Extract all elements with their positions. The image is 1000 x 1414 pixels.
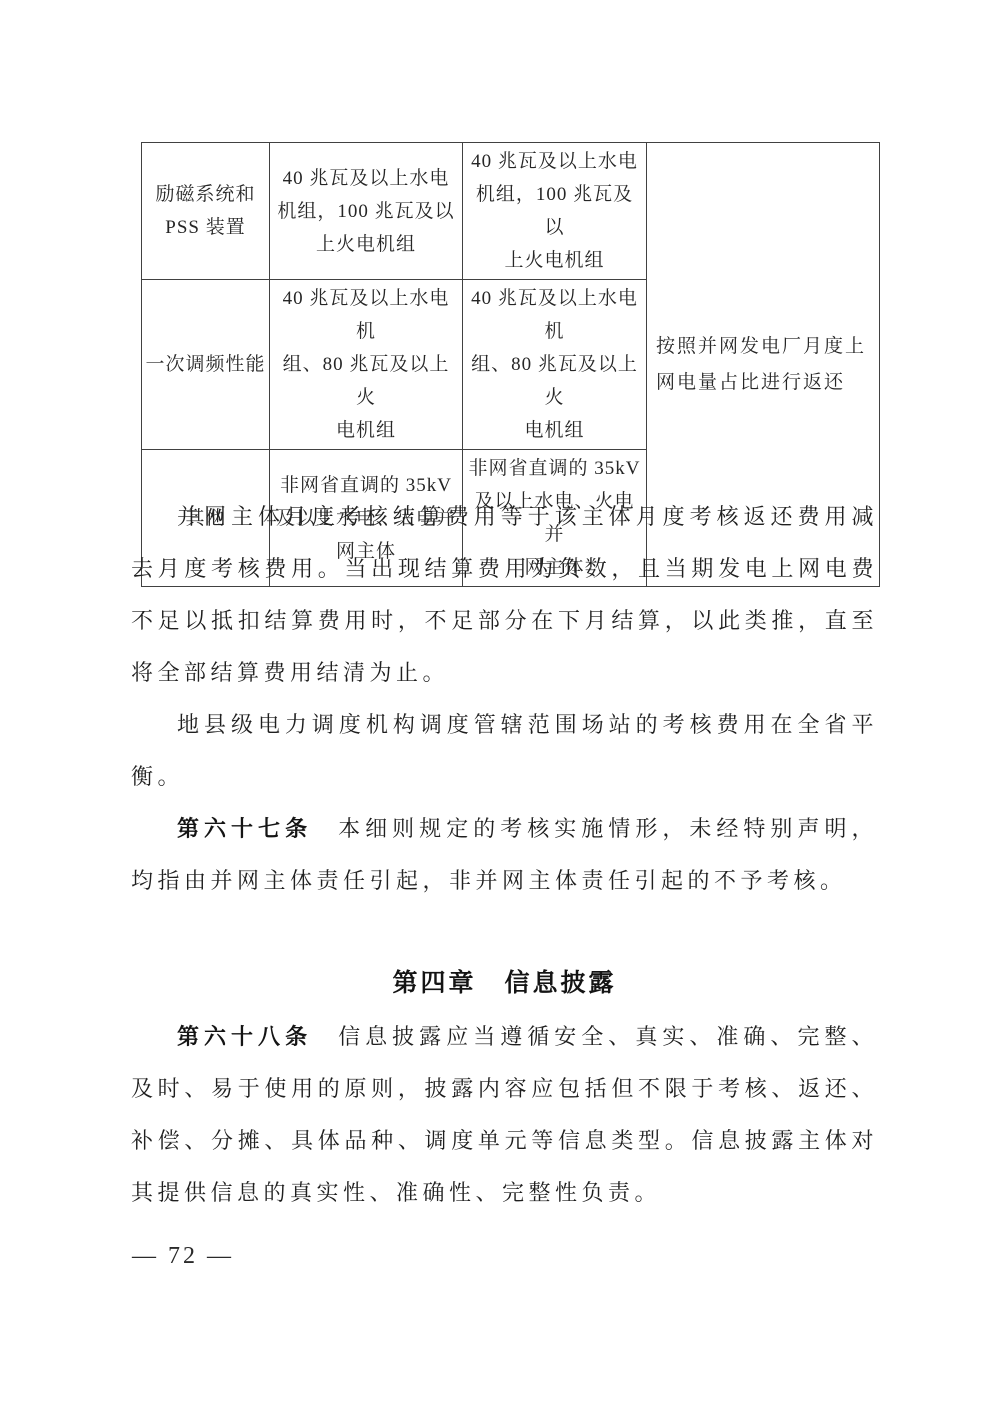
row-label-cell: 一次调频性能 <box>142 280 270 450</box>
article-68-text: 信息披露应当遵循安全、真实、准确、完整、及时、易于使用的原则，披露内容应包括但不… <box>131 1024 878 1205</box>
paragraph-article-67: 第六十七条本细则规定的考核实施情形，未经特别声明，均指由并网主体责任引起，非并网… <box>131 803 878 907</box>
scope-cell: 40 兆瓦及以上水电 机组，100 兆瓦及以 上火电机组 <box>463 143 647 280</box>
scope-cell: 40 兆瓦及以上水电 机组，100 兆瓦及以 上火电机组 <box>270 143 463 280</box>
scope-cell: 40 兆瓦及以上水电机 组、80 兆瓦及以上火 电机组 <box>463 280 647 450</box>
paragraph-settlement: 并网主体月度考核结算费用等于该主体月度考核返还费用减去月度考核费用。当出现结算费… <box>131 491 878 699</box>
paragraph-balance: 地县级电力调度机构调度管辖范围场站的考核费用在全省平衡。 <box>131 699 878 803</box>
row-label-cell: 励磁系统和 PSS 装置 <box>142 143 270 280</box>
paragraph-article-68: 第六十八条信息披露应当遵循安全、真实、准确、完整、及时、易于使用的原则，披露内容… <box>131 1011 878 1219</box>
table-row: 励磁系统和 PSS 装置 40 兆瓦及以上水电 机组，100 兆瓦及以 上火电机… <box>142 143 880 280</box>
page-number: — 72 — <box>132 1243 234 1270</box>
article-67-term: 第六十七条 <box>177 816 312 841</box>
article-68-term: 第六十八条 <box>177 1024 312 1049</box>
document-page: 励磁系统和 PSS 装置 40 兆瓦及以上水电 机组，100 兆瓦及以 上火电机… <box>0 0 1000 1414</box>
body-text: 并网主体月度考核结算费用等于该主体月度考核返还费用减去月度考核费用。当出现结算费… <box>131 491 878 1219</box>
chapter-heading: 第四章 信息披露 <box>131 957 878 1009</box>
scope-cell: 40 兆瓦及以上水电机 组、80 兆瓦及以上火 电机组 <box>270 280 463 450</box>
